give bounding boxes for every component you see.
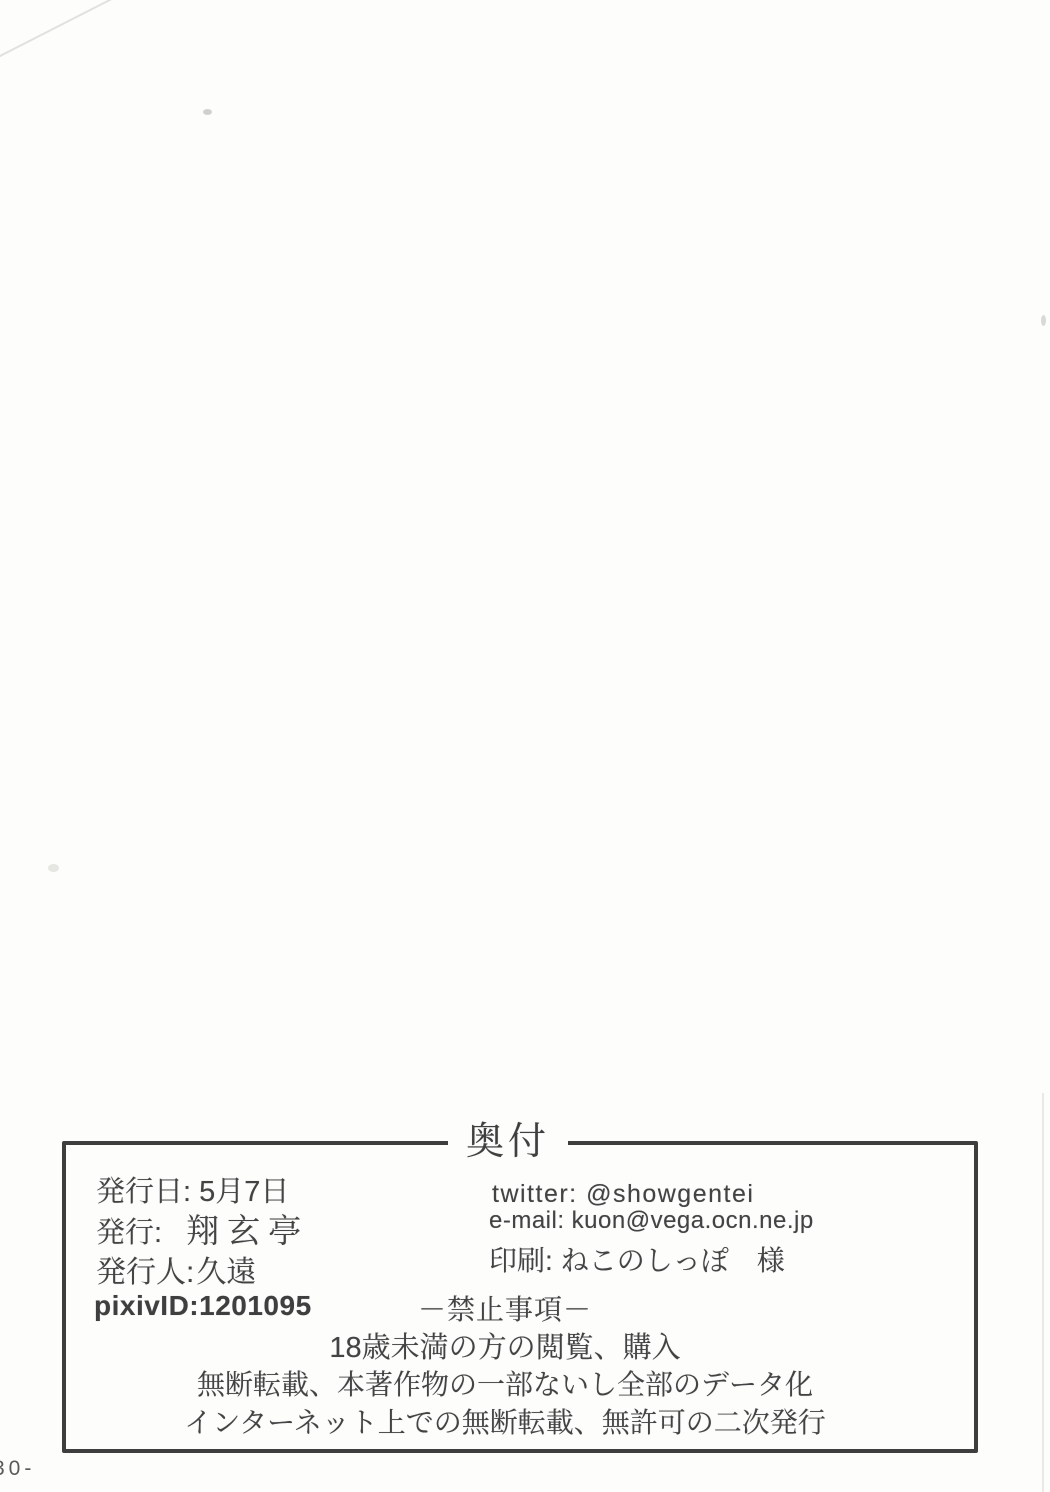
publisher-value: 翔玄亭 (186, 1212, 309, 1249)
publisher-label: 発行: (96, 1217, 162, 1249)
scan-speck (48, 864, 59, 872)
printer-value: ねこのしっぽ 様 (561, 1245, 785, 1276)
colophon-title: 奥付 (428, 1121, 588, 1163)
prohibition-item: 18歳未満の方の閲覧、購入 (45, 1325, 965, 1366)
issuer-label: 発行人: (96, 1256, 194, 1289)
publish-date-row: 発行日:5月7日 (96, 1169, 289, 1210)
email-address: e-mail: kuon@vega.ocn.ne.jp (489, 1207, 814, 1235)
prohibition-item: インターネット上での無断転載、無許可の二次発行 (45, 1401, 965, 1441)
printer-label: 印刷: (489, 1245, 553, 1276)
page-edge-shadow (1042, 1093, 1044, 1492)
printer-row: 印刷:ねこのしっぽ 様 (489, 1239, 785, 1279)
scan-speck (1041, 315, 1046, 326)
publish-date-value: 5月7日 (199, 1176, 289, 1208)
prohibition-item: 無断転載、本著作物の一部ないし全部のデータ化 (45, 1363, 965, 1403)
scan-scratch-artifact (0, 0, 112, 60)
page-number: 30- (0, 1457, 35, 1481)
issuer-row: 発行人:久遠 (96, 1247, 256, 1291)
scan-speck (203, 109, 212, 115)
issuer-value: 久遠 (196, 1256, 256, 1289)
twitter-handle: twitter: @showgentei (492, 1180, 754, 1209)
prohibitions-heading: －禁止事項－ (45, 1288, 965, 1328)
scanned-page: 奥付 発行日:5月7日 発行:翔玄亭 発行人:久遠 pixivID:120109… (0, 0, 1050, 1492)
publish-date-label: 発行日: (96, 1176, 191, 1208)
publisher-row: 発行:翔玄亭 (96, 1205, 309, 1252)
